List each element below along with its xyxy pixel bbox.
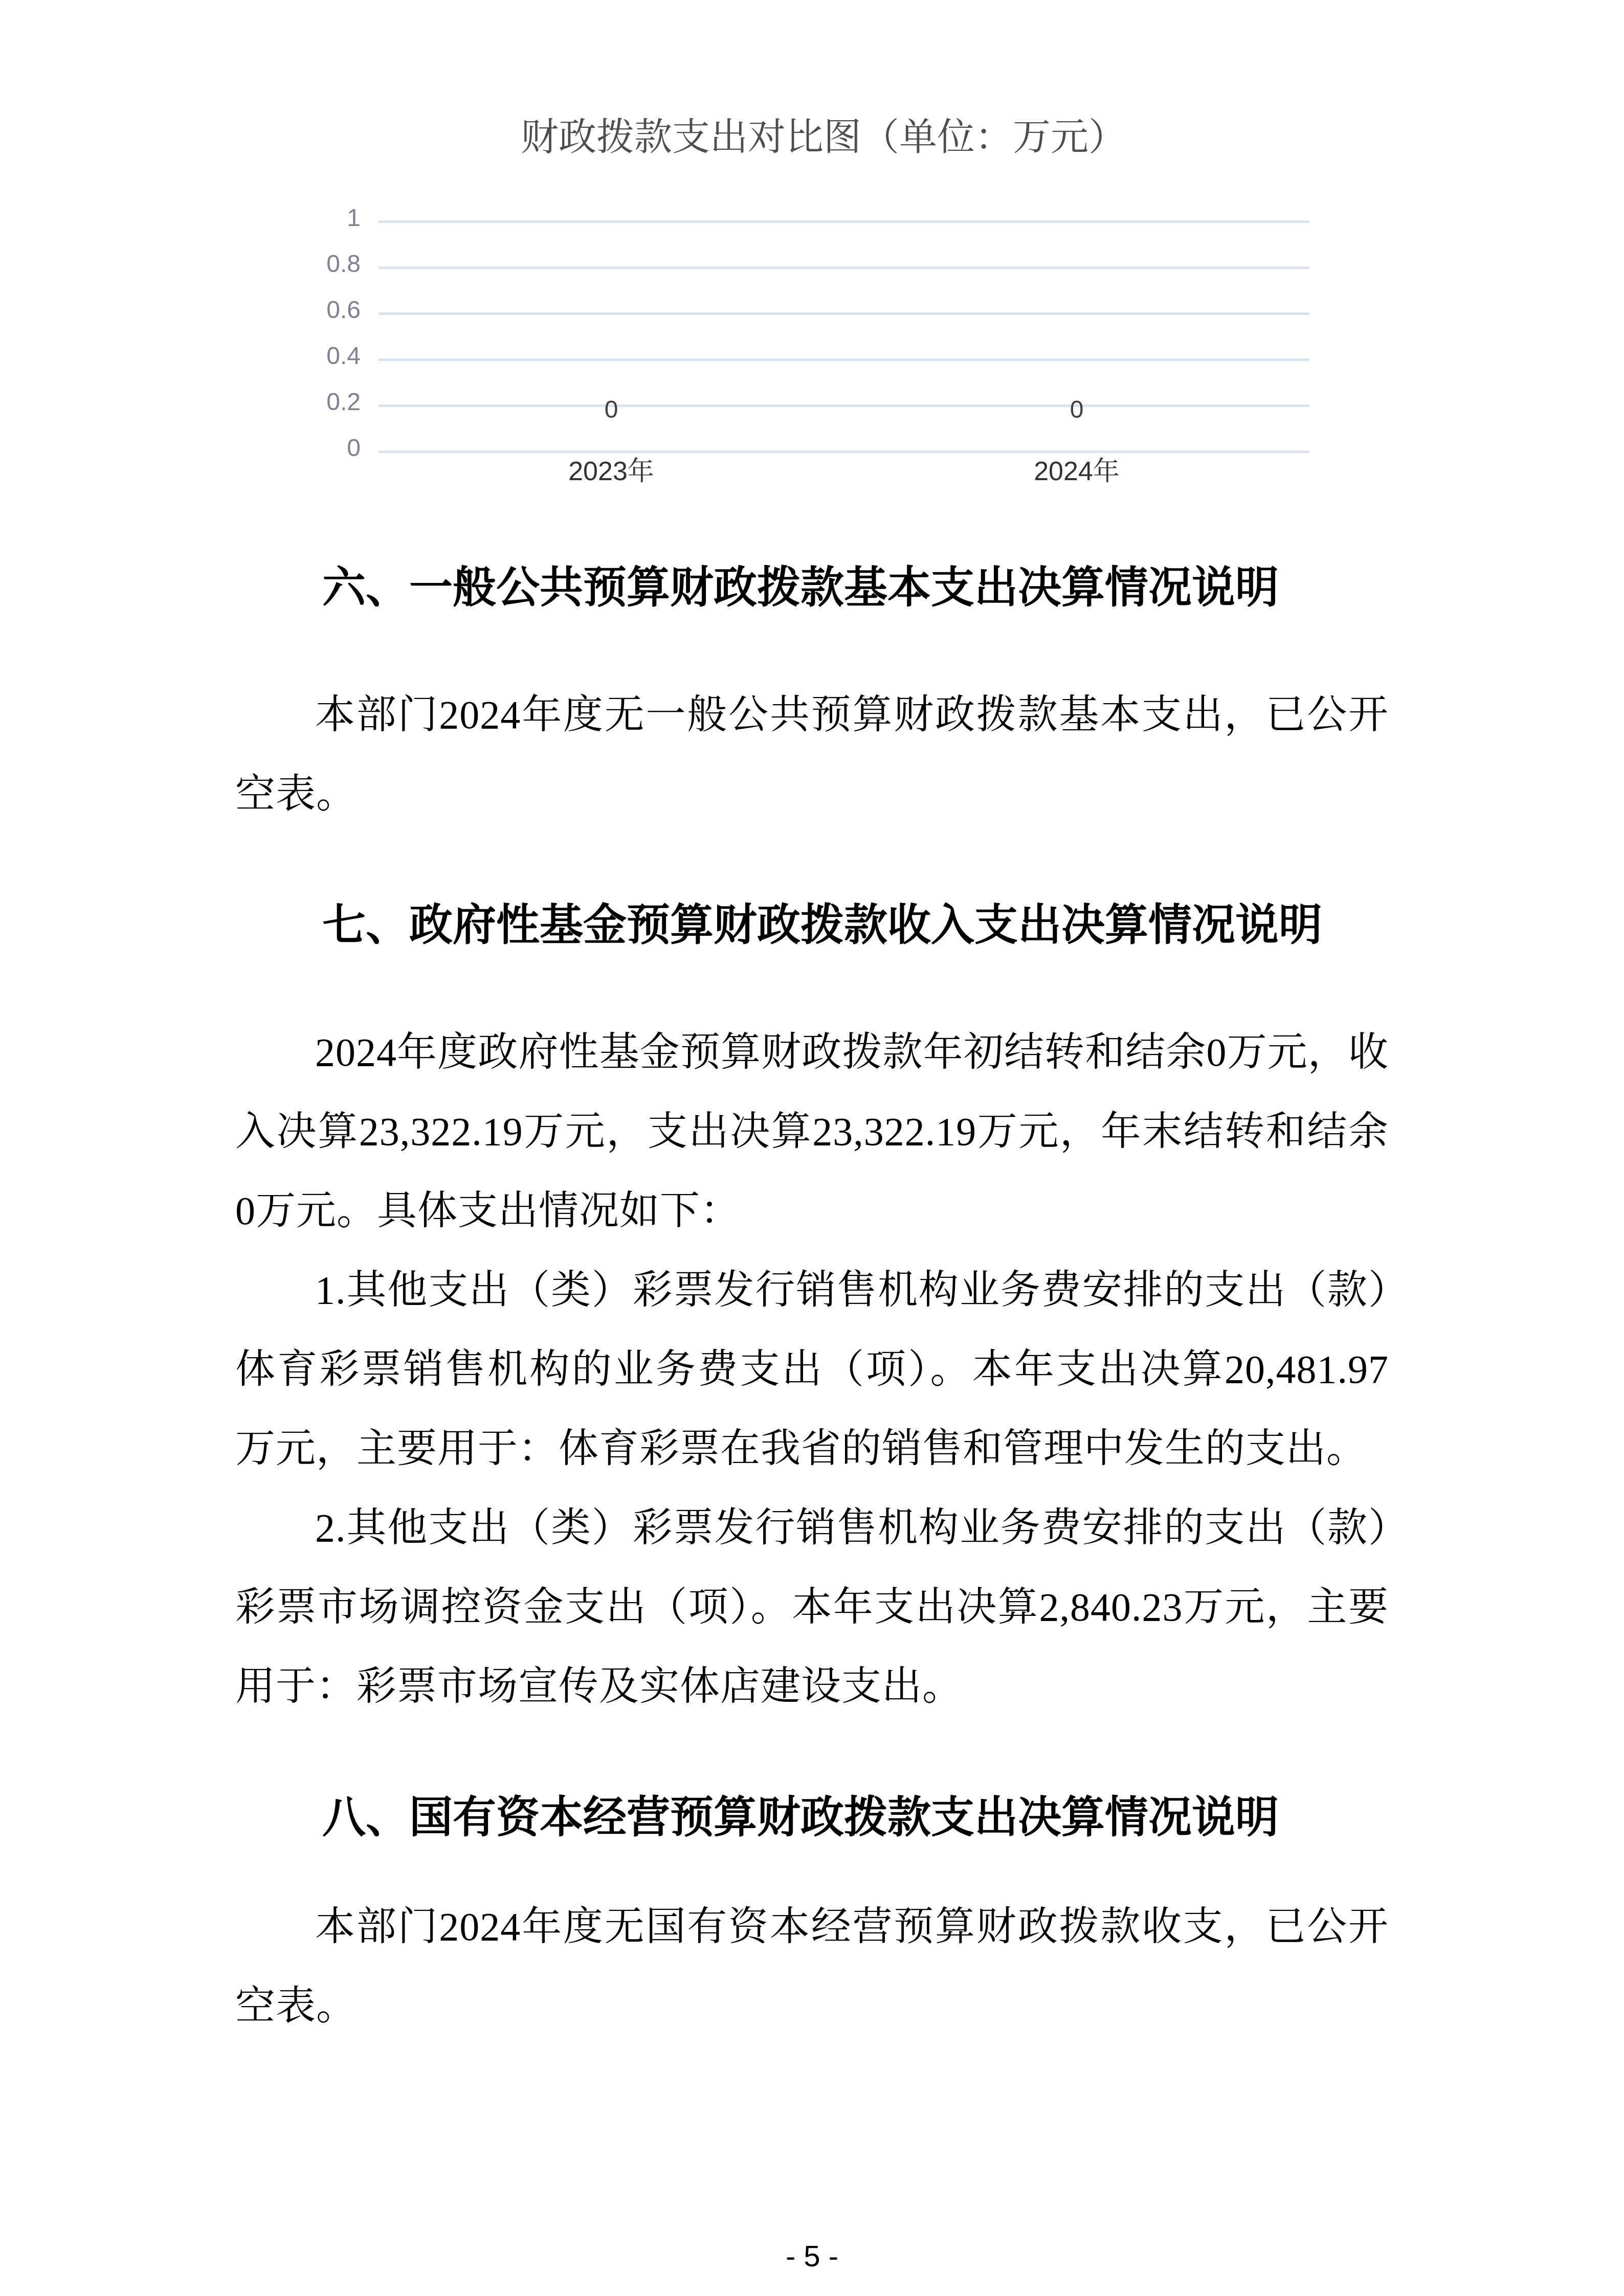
gridline (379, 220, 1309, 223)
x-axis-category-label: 2024年 (949, 455, 1205, 488)
bar-value-label: 0 (509, 395, 714, 425)
section-heading: 六、一般公共预算财政拨款基本支出决算情况说明 (235, 545, 1389, 632)
paragraph: 本部门2024年度无一般公共预算财政拨款基本支出，已公开空表。 (235, 675, 1389, 834)
page-number: - 5 - (0, 2239, 1624, 2275)
paragraph: 1.其他支出（类）彩票发行销售机构业务费安排的支出（款）体育彩票销售机构的业务费… (235, 1250, 1389, 1488)
section-paragraphs: 本部门2024年度无国有资本经营预算财政拨款收支，已公开空表。 (235, 1887, 1389, 2045)
y-axis-tick-label: 0.2 (225, 385, 361, 420)
page-content: 财政拨款支出对比图（单位：万元） 10.80.60.40.2002023年020… (0, 0, 1624, 2045)
section-heading: 八、国有资本经营预算财政拨款支出决算情况说明 (235, 1774, 1389, 1861)
gridline (379, 358, 1309, 361)
chart-title: 财政拨款支出对比图（单位：万元） (358, 111, 1289, 163)
gridline (379, 451, 1309, 453)
gridline (379, 312, 1309, 315)
section-heading: 七、政府性基金预算财政拨款收入支出决算情况说明 (235, 882, 1389, 969)
paragraph: 2024年度政府性基金预算财政拨款年初结转和结余0万元，收入决算23,322.1… (235, 1012, 1389, 1250)
paragraph: 2.其他支出（类）彩票发行销售机构业务费安排的支出（款）彩票市场调控资金支出（项… (235, 1488, 1389, 1726)
x-axis-category-label: 2023年 (483, 455, 739, 488)
report-sections: 六、一般公共预算财政拨款基本支出决算情况说明 本部门2024年度无一般公共预算财… (235, 545, 1389, 2045)
document-page: { "chart_data": { "type": "bar", "title"… (0, 0, 1624, 2296)
report-section: 八、国有资本经营预算财政拨款支出决算情况说明 本部门2024年度无国有资本经营预… (235, 1774, 1389, 2045)
section-paragraphs: 2024年度政府性基金预算财政拨款年初结转和结余0万元，收入决算23,322.1… (235, 1012, 1389, 1726)
expenditure-comparison-chart: 财政拨款支出对比图（单位：万元） 10.80.60.40.2002023年020… (0, 0, 1624, 496)
paragraph: 本部门2024年度无国有资本经营预算财政拨款收支，已公开空表。 (235, 1887, 1389, 2045)
section-paragraphs: 本部门2024年度无一般公共预算财政拨款基本支出，已公开空表。 (235, 675, 1389, 834)
report-section: 六、一般公共预算财政拨款基本支出决算情况说明 本部门2024年度无一般公共预算财… (235, 545, 1389, 834)
bar-value-label: 0 (974, 395, 1179, 425)
y-axis-tick-label: 0 (225, 431, 361, 466)
gridline (379, 266, 1309, 269)
y-axis-tick-label: 0.6 (225, 292, 361, 328)
y-axis-tick-label: 0.8 (225, 246, 361, 282)
report-section: 七、政府性基金预算财政拨款收入支出决算情况说明 2024年度政府性基金预算财政拨… (235, 882, 1389, 1726)
y-axis-tick-label: 1 (225, 200, 361, 236)
y-axis-tick-label: 0.4 (225, 339, 361, 374)
